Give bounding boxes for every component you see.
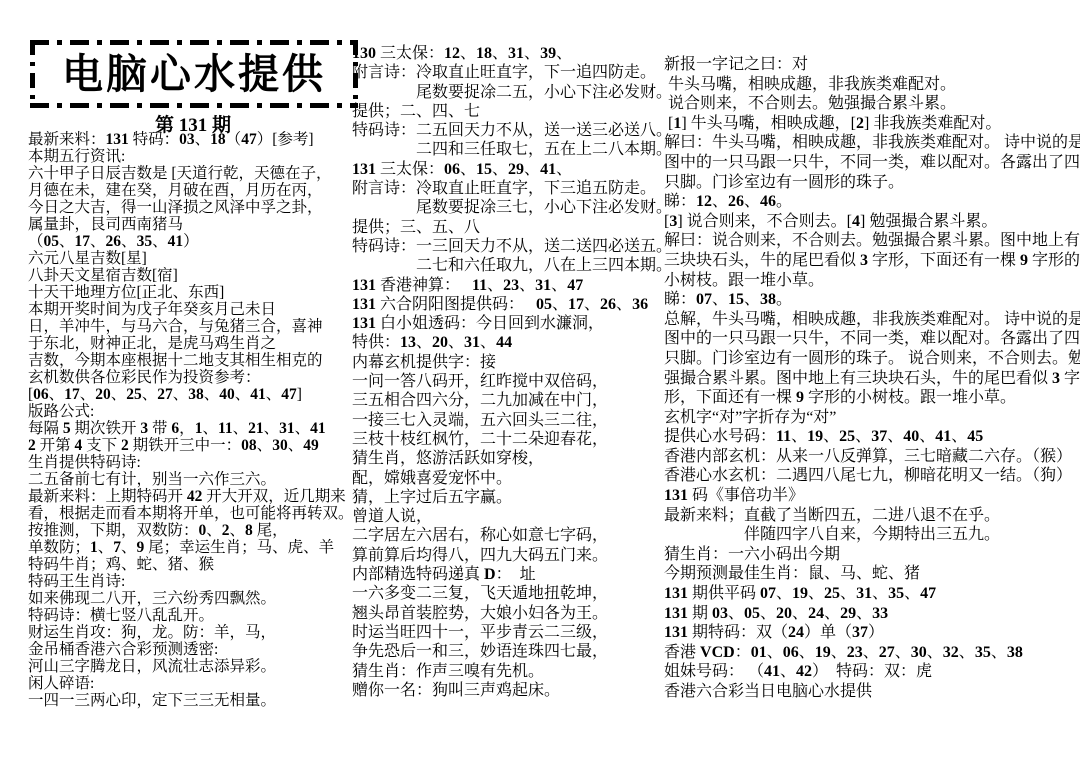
- text-line: 伴随四字八自来，今期特出三五九。: [664, 525, 1076, 545]
- text-line: 131 期供平码 07、19、25、31、35、47: [664, 584, 1076, 604]
- text-line: 131 期特码：双（24）单（37）: [664, 623, 1076, 643]
- text-line: 今期预测最佳生肖：鼠、马、蛇、猪: [664, 564, 1076, 584]
- text-line: 八卦天文星宿吉数[宿]: [28, 267, 358, 284]
- text-line: 于东北，财神正北，是虎马鸡生肖之: [28, 335, 358, 352]
- text-line: 争先恐后一和三，妙语连珠四七最，: [352, 642, 664, 661]
- text-line: 小树枝。跟一堆小草。: [664, 271, 1076, 291]
- text-line: 图中的一只马跟一只牛，不同一类，难以配对。各露出了四: [664, 329, 1076, 349]
- text-line: 版路公式:: [28, 403, 358, 420]
- text-line: 曾道人说，: [352, 507, 664, 526]
- lottery-tipsheet-page: 电脑心水提供 第 131 期 最新来料：131 特码：03、18（47）[参考]…: [0, 0, 1080, 761]
- text-line: 生肖提供特码诗:: [28, 454, 358, 471]
- text-line: 看，根据走而看本期将开单，也可能将再转双。: [28, 505, 358, 522]
- text-line: 附言诗：冷取直止旺直字，下一追四防走。: [352, 63, 664, 82]
- text-line: 提供；二、四、七: [352, 102, 664, 121]
- text-line: 只脚。门诊室边有一圆形的珠子。 说合则来，不合则去。勉: [664, 349, 1076, 369]
- text-line: 闲人碎语:: [28, 675, 358, 692]
- text-line: 解曰：说合则来，不合则去。勉强撮合累斗累。图中地上有: [664, 231, 1076, 251]
- text-line: 三枝十枝红枫竹，二十二朵迎春花，: [352, 430, 664, 449]
- text-line: 单数防；1、7、9 尾；幸运生肖；马、虎、羊: [28, 539, 358, 556]
- text-line: 提供心水号码：11、19、25、37、40、41、45: [664, 427, 1076, 447]
- text-line: 特码诗：一三回天力不从，送二送四必送五。: [352, 237, 664, 256]
- text-line: 二四和三任取七，五在上二八本期。: [352, 140, 664, 159]
- text-line: 总解，牛头马嘴，相映成趣，非我族类难配对。 诗中说的是: [664, 310, 1076, 330]
- text-line: 姐妹号码： （41、42） 特码：双：虎: [664, 662, 1076, 682]
- text-line: 财运生肖攻：狗，龙。防：羊，马，: [28, 624, 358, 641]
- text-line: 特码牛肖；鸡、蛇、猪、猴: [28, 556, 358, 573]
- text-line: 一四一三两心印，定下三三无相量。: [28, 692, 358, 709]
- text-line: 131 六合阴阳图提供码： 05、17、26、36: [352, 295, 664, 314]
- masthead-border-top: [30, 40, 358, 45]
- masthead: 电脑心水提供: [30, 40, 358, 108]
- text-line: 香港心水玄机：二遇四八尾七九，柳暗花明又一结。（狗）: [664, 466, 1076, 486]
- text-line: 尾数要捉凃二五，小心下注必发财。: [352, 83, 664, 102]
- text-line: 猜，上字过后五字赢。: [352, 488, 664, 507]
- text-line: 特码王生肖诗:: [28, 573, 358, 590]
- text-line: 图中的一只马跟一只牛，不同一类，难以配对。各露出了四: [664, 153, 1076, 173]
- text-line: 特供：13、20、31、44: [352, 333, 664, 352]
- text-line: 猜生肖：一六小码出今期: [664, 545, 1076, 565]
- masthead-border-left: [30, 40, 35, 108]
- text-line: 月德在未，建在癸，月破在酉，月历在丙，: [28, 182, 358, 199]
- column-left: 最新来料：131 特码：03、18（47）[参考]本期五行资讯:六十甲子日辰吉数…: [28, 131, 358, 709]
- text-line: 三五相合四六分，二九加减在中门，: [352, 391, 664, 410]
- masthead-border-bottom: [30, 103, 358, 108]
- column-right: 新报一字记之曰：对 牛头马嘴，相映成趣，非我族类难配对。 说合则来，不合则去。勉…: [664, 55, 1076, 702]
- text-line: 香港六合彩当日电脑心水提供: [664, 682, 1076, 702]
- text-line: 最新来料：131 特码：03、18（47）[参考]: [28, 131, 358, 148]
- text-line: 内部精选特码递真 D： 址: [352, 565, 664, 584]
- text-line: 按推测，下期，双数防：0、2、8 尾，: [28, 522, 358, 539]
- text-line: 猜生肖：作声三嗅有先机。: [352, 662, 664, 681]
- text-line: 今日之大吉，得一山泽损之风泽中孚之卦，: [28, 199, 358, 216]
- text-line: 2 开第 4 支下 2 期铁开三中一：08、30、49: [28, 437, 358, 454]
- text-line: 睇：07、15、38。: [664, 290, 1076, 310]
- text-line: 十天干地理方位[正北、东西]: [28, 284, 358, 301]
- text-line: 强撮合累斗累。图中地上有三块块石头，牛的尾巴看似 3 字: [664, 369, 1076, 389]
- text-line: 六十甲子日辰吉数是 [天道行乾，天德在子，: [28, 165, 358, 182]
- text-line: 提供；三、五、八: [352, 218, 664, 237]
- text-line: 二七和六任取九，八在上三四本期。: [352, 256, 664, 275]
- text-line: 吉数，今期本座根据十二地支其相生相克的: [28, 352, 358, 369]
- text-line: 131 三太保：06、15、29、41、: [352, 160, 664, 179]
- text-line: 香港内部玄机：从来一八反弹算，三七暗藏二六存。（猴）: [664, 447, 1076, 467]
- text-line: [1] 牛头马嘴，相映成趣，[2] 非我族类难配对。: [664, 114, 1076, 134]
- text-line: 只脚。门诊室边有一圆形的珠子。: [664, 173, 1076, 193]
- text-line: 牛头马嘴，相映成趣，非我族类难配对。: [664, 75, 1076, 95]
- text-line: 本期开奖时间为戊子年癸亥月己未日: [28, 301, 358, 318]
- text-line: 配，嫦娥喜爱宠怀中。: [352, 469, 664, 488]
- text-line: 131 期 03、05、20、24、29、33: [664, 604, 1076, 624]
- text-line: 附言诗：冷取直止旺直字，下三追五防走。: [352, 179, 664, 198]
- text-line: [3] 说合则来，不合则去。[4] 勉强撮合累斗累。: [664, 212, 1076, 232]
- text-line: 特码诗：横七竖八乱乱开。: [28, 607, 358, 624]
- text-line: 猜生肖，悠游活跃如穿梭，: [352, 449, 664, 468]
- text-line: 属量卦，艮司西南猪马: [28, 216, 358, 233]
- text-line: 最新来料；直截了当断四五，二进八退不在乎。: [664, 506, 1076, 526]
- text-line: 131 香港神算： 11、23、31、47: [352, 276, 664, 295]
- text-line: 时运当旺四十一，平步青云二三级，: [352, 623, 664, 642]
- text-line: 如来佛现二八开，三六纷秀四飘然。: [28, 590, 358, 607]
- text-line: 形，下面还有一棵 9 字形的小树枝。跟一堆小草。: [664, 388, 1076, 408]
- text-line: 特码诗：二五回天力不从，送一送三必送八。: [352, 121, 664, 140]
- text-line: 玄机字“对”字折存为“对”: [664, 408, 1076, 428]
- text-line: [06、17、20、25、27、38、40、41、47]: [28, 386, 358, 403]
- text-line: 赠你一名：狗叫三声鸡起床。: [352, 681, 664, 700]
- text-line: 最新来料：上期特码开 42 开大开双，近几期来: [28, 488, 358, 505]
- text-line: 金吊桶香港六合彩预测透密:: [28, 641, 358, 658]
- text-line: 玄机数供各位彩民作为投资参考：: [28, 369, 358, 386]
- column-middle: 130 三太保：12、18、31、39、附言诗：冷取直止旺直字，下一追四防走。 …: [352, 44, 664, 700]
- text-line: 内幕玄机提供字：接: [352, 353, 664, 372]
- text-line: 尾数要捉凃三七，小心下注必发财。: [352, 198, 664, 217]
- text-line: 二字居左六居右，称心如意七字码，: [352, 526, 664, 545]
- text-line: 一问一答八码开，红昨搅中双倍码，: [352, 372, 664, 391]
- text-line: 二五备前七有计，别当一六作三六。: [28, 471, 358, 488]
- text-line: 睇：12、26、46。: [664, 192, 1076, 212]
- text-line: 解曰：牛头马嘴，相映成趣，非我族类难配对。 诗中说的是: [664, 133, 1076, 153]
- text-line: （05、17、26、35、41）: [28, 233, 358, 250]
- text-line: 六元八星吉数[星]: [28, 250, 358, 267]
- text-line: 131 码《事倍功半》: [664, 486, 1076, 506]
- text-line: 河山三字腾龙日，风流壮志添异彩。: [28, 658, 358, 675]
- text-line: 日，羊冲牛，与马六合，与兔猪三合，喜神: [28, 318, 358, 335]
- text-line: 三块块石头，牛的尾巴看似 3 字形，下面还有一棵 9 字形的: [664, 251, 1076, 271]
- text-line: 130 三太保：12、18、31、39、: [352, 44, 664, 63]
- text-line: 每隔 5 期次铁开 3 带 6，1、11、21、31、41: [28, 420, 358, 437]
- text-line: 香港 VCD：01、06、19、23、27、30、32、35、38: [664, 643, 1076, 663]
- text-line: 新报一字记之曰：对: [664, 55, 1076, 75]
- text-line: 一接三七入灵端，五六回头三二往，: [352, 411, 664, 430]
- text-line: 翘头昂首装腔势，大娘小妇各为王。: [352, 604, 664, 623]
- text-line: 131 白小姐透码：今日回到水濂洞，: [352, 314, 664, 333]
- text-line: 算前算后均得八，四九大码五门来。: [352, 546, 664, 565]
- page-title: 电脑心水提供: [62, 54, 326, 95]
- text-line: 说合则来，不合则去。勉强撮合累斗累。: [664, 94, 1076, 114]
- text-line: 一六多变二三复，飞天遁地扭乾坤，: [352, 584, 664, 603]
- text-line: 本期五行资讯:: [28, 148, 358, 165]
